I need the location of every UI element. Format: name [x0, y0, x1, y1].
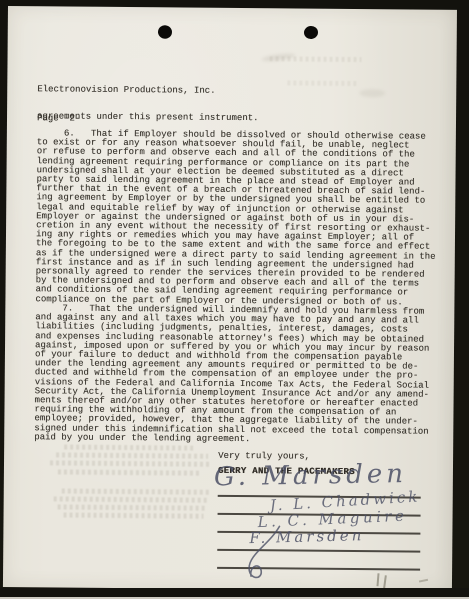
- bleed-through-mark: [56, 452, 208, 458]
- scan-edge-shadow: [0, 588, 469, 597]
- paragraph-6: 6. That if Employer should be dissolved …: [35, 129, 449, 307]
- continuation-line: agreements under this present instrument…: [37, 112, 259, 123]
- bleed-through-mark: [58, 504, 208, 510]
- document-page: Electronovision Productions, Inc. Page -…: [3, 6, 457, 591]
- signature-gerry-marsden: G. Marsden: [214, 459, 408, 492]
- scanned-document-photo: Electronovision Productions, Inc. Page -…: [0, 0, 469, 599]
- bleed-through-mark: [64, 513, 204, 519]
- company-name: Electronovision Productions, Inc.: [37, 85, 215, 96]
- bleed-through-mark: [62, 488, 210, 494]
- paragraph-7: 7. That the undersigned will indemnify a…: [34, 304, 447, 446]
- signature-flourish: [237, 524, 284, 588]
- bleed-through-mark: [54, 496, 210, 502]
- bleed-through-mark: [58, 469, 200, 475]
- pencil-mark: [383, 575, 387, 588]
- paper-smudge: [359, 89, 385, 97]
- pencil-mark: [419, 579, 428, 583]
- bleed-through-mark: [287, 80, 357, 86]
- pencil-mark: [377, 573, 380, 586]
- bleed-through-mark: [50, 460, 210, 466]
- bleed-through-mark: [64, 445, 196, 451]
